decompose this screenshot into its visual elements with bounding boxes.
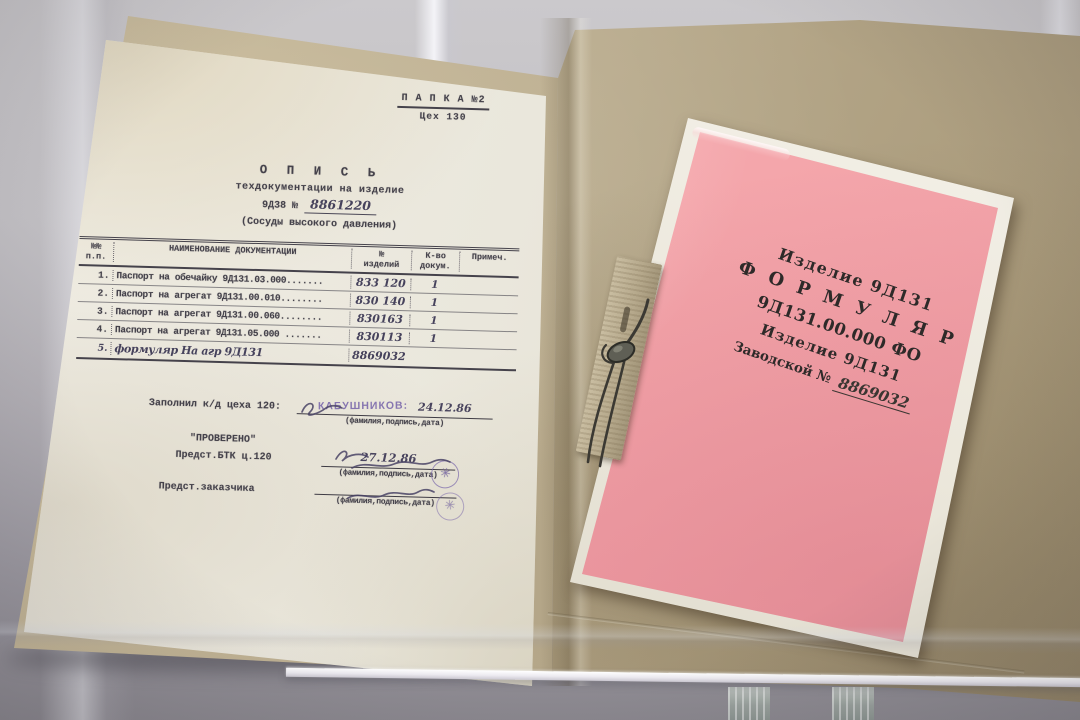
- tag-slit: [620, 306, 631, 333]
- museum-photo-open-folder: П А П К А №2 Цех 130 О П И С Ь техдокуме…: [0, 0, 1080, 720]
